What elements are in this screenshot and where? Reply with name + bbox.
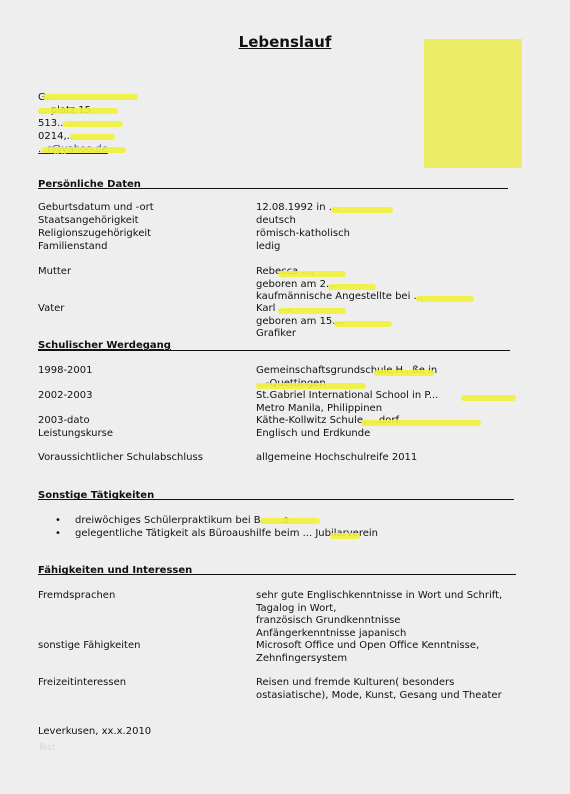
row-value: Käthe-Kollwitz Schule, ...dorf xyxy=(256,415,526,428)
row-value-line: 12.08.1992 in ... xyxy=(256,202,526,215)
row-label: 2003-dato xyxy=(38,415,90,428)
row-value: sehr gute Englischkenntnisse in Wort und… xyxy=(256,590,526,640)
section-divider xyxy=(38,188,508,189)
row-value-line: Zehnfingersystem xyxy=(256,653,526,666)
row-label: 1998-2001 xyxy=(38,365,93,378)
row-label: Familienstand xyxy=(38,241,107,254)
row-value-line: ostasiatische), Mode, Kunst, Gesang und … xyxy=(256,690,526,703)
row-value-line: Tagalog in Wort, xyxy=(256,603,526,616)
row-value: ledig xyxy=(256,241,526,254)
row-value-line: Metro Manila, Philippinen xyxy=(256,403,526,416)
contact-block: G... ... platz 15 513.. ... 0214,... ...… xyxy=(38,91,108,156)
section-divider xyxy=(38,499,514,500)
row-label: Geburtsdatum und -ort xyxy=(38,202,154,215)
row-label: Freizeitinteressen xyxy=(38,677,126,690)
row-label: Religionszugehörigkeit xyxy=(38,228,151,241)
row-value-line: kaufmännische Angestellte bei ... xyxy=(256,291,526,304)
photo-placeholder xyxy=(424,39,522,168)
row-label: Staatsangehörigkeit xyxy=(38,215,139,228)
row-value-line: deutsch xyxy=(256,215,526,228)
row-value: Gemeinschaftsgrundschule H...ße in...-Qu… xyxy=(256,365,526,390)
row-label: Leistungskurse xyxy=(38,428,113,441)
row-value: römisch-katholisch xyxy=(256,228,526,241)
row-value-line: Karl ..., xyxy=(256,303,526,316)
row-label: sonstige Fähigkeiten xyxy=(38,640,140,653)
row-value-line: Reisen und fremde Kulturen( besonders xyxy=(256,677,526,690)
row-label: Voraussichtlicher Schulabschluss xyxy=(38,452,203,465)
row-value-line: Gemeinschaftsgrundschule H...ße in xyxy=(256,365,526,378)
row-value-line: römisch-katholisch xyxy=(256,228,526,241)
row-value-line: ledig xyxy=(256,241,526,254)
activities-list: dreiwöchiges Schülerpraktikum bei B... .… xyxy=(55,514,378,540)
row-value-line: sehr gute Englischkenntnisse in Wort und… xyxy=(256,590,526,603)
row-value-line: Rebecca ..., xyxy=(256,266,526,279)
row-value: Karl ...,geboren am 15....Grafiker xyxy=(256,303,526,341)
row-value: deutsch xyxy=(256,215,526,228)
contact-email: ...r@yahoo.de xyxy=(38,143,108,156)
row-value-line: allgemeine Hochschulreife 2011 xyxy=(256,452,526,465)
place-date: Leverkusen, xx.x.2010 xyxy=(38,726,151,737)
row-label: 2002-2003 xyxy=(38,390,93,403)
row-value: allgemeine Hochschulreife 2011 xyxy=(256,452,526,465)
row-value: Reisen und fremde Kulturen( besondersost… xyxy=(256,677,526,702)
row-value-line: geboren am 15.... xyxy=(256,316,526,329)
section-divider xyxy=(38,574,516,575)
contact-name: G... xyxy=(38,91,108,104)
contact-street: ... platz 15 xyxy=(38,104,108,117)
row-value: Englisch und Erdkunde xyxy=(256,428,526,441)
contact-phone: 0214,... xyxy=(38,130,108,143)
list-item: dreiwöchiges Schülerpraktikum bei B... .… xyxy=(55,514,378,527)
row-value-line: St.Gabriel International School in P... xyxy=(256,390,526,403)
row-value-line: Englisch und Erdkunde xyxy=(256,428,526,441)
list-item: gelegentliche Tätigkeit als Büroaushilfe… xyxy=(55,527,378,540)
contact-city: 513.. ... xyxy=(38,117,108,130)
row-value: 12.08.1992 in ... xyxy=(256,202,526,215)
row-label: Vater xyxy=(38,303,64,316)
row-label: Fremdsprachen xyxy=(38,590,115,603)
signature: Test xyxy=(38,743,56,753)
section-divider xyxy=(38,350,510,351)
row-value-line: ...-Quettingen xyxy=(256,378,526,391)
row-value-line: geboren am 2... xyxy=(256,279,526,292)
row-value: Microsoft Office und Open Office Kenntni… xyxy=(256,640,526,665)
row-value-line: Grafiker xyxy=(256,328,526,341)
row-value: Rebecca ...,geboren am 2...kaufmännische… xyxy=(256,266,526,304)
row-value-line: Microsoft Office und Open Office Kenntni… xyxy=(256,640,526,653)
row-value-line: französisch Grundkenntnisse xyxy=(256,615,526,628)
row-value-line: Käthe-Kollwitz Schule, ...dorf xyxy=(256,415,526,428)
row-value: St.Gabriel International School in P...M… xyxy=(256,390,526,415)
row-label: Mutter xyxy=(38,266,71,279)
row-value-line: Anfängerkenntnisse japanisch xyxy=(256,628,526,641)
